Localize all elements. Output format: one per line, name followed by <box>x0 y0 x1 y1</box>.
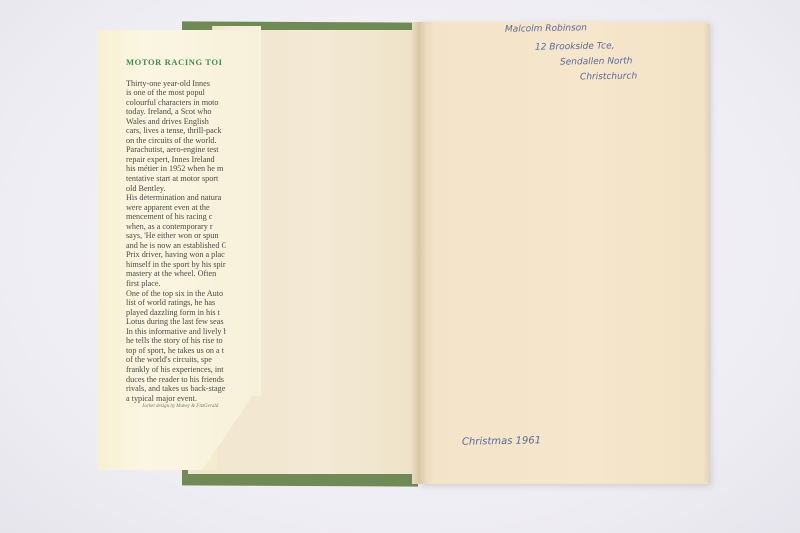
flap-line: old Bentley. <box>126 184 226 194</box>
flap-line: mencement of his racing c <box>126 212 226 222</box>
inscription-name: Malcolm Robinson <box>505 23 587 34</box>
flap-line: and he is now an established G <box>126 241 226 251</box>
flap-line: Parachutist, aero-engine test <box>126 145 226 155</box>
flap-line: duces the reader to his friends a <box>126 375 226 385</box>
flap-line: were apparent even at the <box>126 203 226 213</box>
flap-text: MOTOR RACING TOI Thirty-one year-old Inn… <box>126 58 226 403</box>
flap-line: colourful characters in moto <box>126 98 226 108</box>
page-block-edge <box>704 24 710 482</box>
right-free-endpaper <box>418 22 708 484</box>
flap-title: MOTOR RACING TOI <box>126 58 226 68</box>
flap-line: says, 'He either won or spun <box>126 231 226 241</box>
flap-line: his métier in 1952 when he m <box>126 164 226 174</box>
flap-line: of the world's circuits, spe <box>126 355 226 365</box>
flap-line: repair expert, Innes Ireland <box>126 155 226 165</box>
inscription-suburb: Sendallen North <box>560 56 633 67</box>
flap-line: Wales and drives English <box>126 117 226 127</box>
inscription-city: Christchurch <box>580 72 637 83</box>
flap-line: One of the top six in the Auto <box>126 289 226 299</box>
flap-line: Prix driver, having won a plac <box>126 250 226 260</box>
flap-line: mastery at the wheel. Often <box>126 269 226 279</box>
flap-line: is one of the most popul <box>126 88 226 98</box>
flap-line: he tells the story of his rise to <box>126 336 226 346</box>
flap-line: himself in the sport by his spirit <box>126 260 226 270</box>
flap-line: top of sport, he takes us on a t <box>126 346 226 356</box>
flap-line: today. Ireland, a Scot who <box>126 107 226 117</box>
flap-line: In this informative and lively b <box>126 327 226 337</box>
flap-line: tentative start at motor sport <box>126 174 226 184</box>
flap-line: when, as a contemporary r <box>126 222 226 232</box>
flap-line: a typical major event. <box>126 394 226 404</box>
flap-line: cars, lives a tense, thrill-pack <box>126 126 226 136</box>
flap-blurb: Thirty-one year-old Innesis one of the m… <box>126 79 226 404</box>
gutter <box>412 22 426 484</box>
flap-line: list of world ratings, he has <box>126 298 226 308</box>
flap-line: on the circuits of the world. <box>126 136 226 146</box>
jacket-credit: Jacket design by Mabey & FitzGerald <box>142 404 218 409</box>
flap-line: rivals, and takes us back-stage <box>126 384 226 394</box>
flap-line: frankly of his experiences, int <box>126 365 226 375</box>
flap-line: His determination and natura <box>126 193 226 203</box>
flap-line: first place. <box>126 279 226 289</box>
inscription-street: 12 Brookside Tce, <box>535 41 615 52</box>
inscription-date: Christmas 1961 <box>462 435 541 447</box>
flap-line: Lotus during the last few seas <box>126 317 226 327</box>
flap-line: Thirty-one year-old Innes <box>126 79 226 89</box>
flap-line: played dazzling form in his t <box>126 308 226 318</box>
